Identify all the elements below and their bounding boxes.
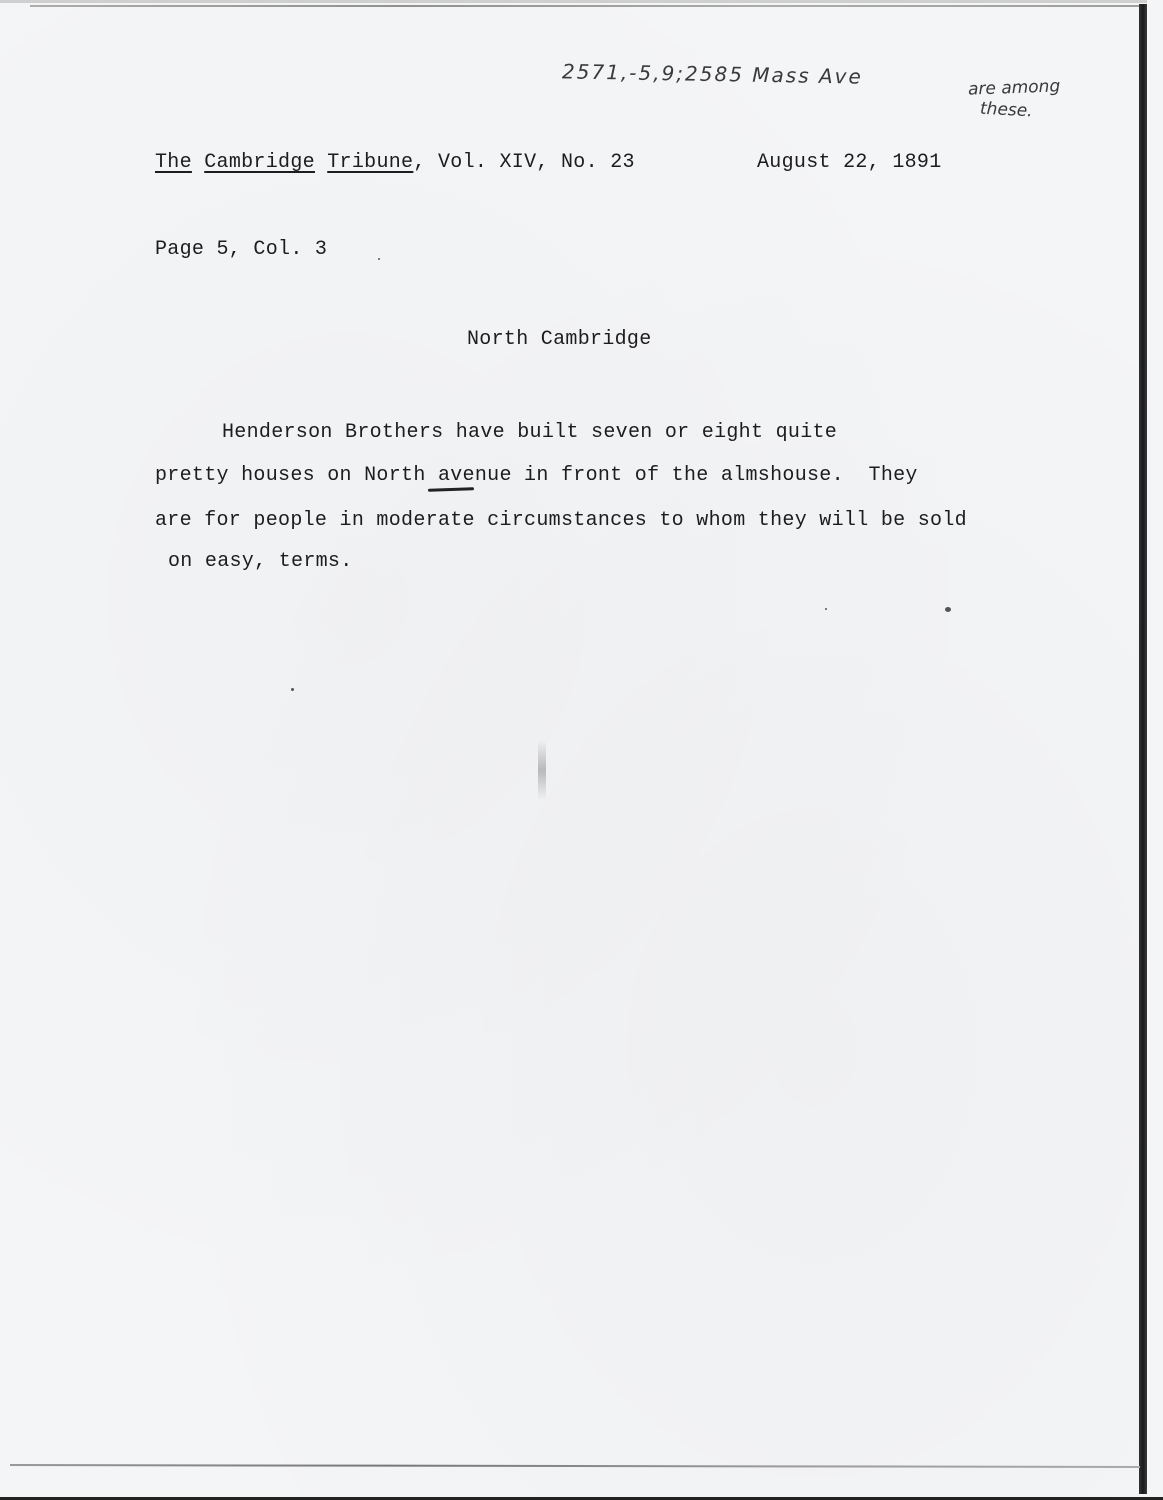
- ink-speck: [945, 607, 951, 612]
- document-page: 2571,-5,9;2585 Mass Ave are among these.…: [0, 0, 1163, 1500]
- pen-underline-mark: [428, 487, 474, 492]
- publication-title-tribune: Tribune: [327, 151, 413, 174]
- publication-citation: The Cambridge Tribune, Vol. XIV, No. 23: [155, 153, 635, 173]
- page-column-reference: Page 5, Col. 3: [155, 240, 327, 260]
- body-line-4: on easy, terms.: [168, 552, 353, 572]
- ink-speck: [825, 608, 827, 610]
- ink-speck: [291, 688, 294, 691]
- body-line-2: pretty houses on North avenue in front o…: [155, 466, 918, 486]
- scan-top-edge: [0, 0, 1163, 3]
- publication-date: August 22, 1891: [757, 153, 942, 173]
- publication-title-the: The: [155, 151, 192, 174]
- publication-title-cambridge: Cambridge: [204, 151, 315, 174]
- scan-right-border: [1139, 4, 1147, 1494]
- handwritten-address-note: 2571,-5,9;2585 Mass Ave: [562, 59, 863, 88]
- paper-bottom-edge: [10, 1464, 1140, 1468]
- ink-speck: [378, 258, 380, 260]
- handwritten-note-line-2: are among: [968, 76, 1061, 99]
- body-line-1: Henderson Brothers have built seven or e…: [222, 423, 837, 443]
- handwritten-note-line-3: these.: [980, 99, 1034, 122]
- body-line-3: are for people in moderate circumstances…: [155, 511, 967, 531]
- paper-top-edge: [30, 5, 1140, 7]
- publication-volume: , Vol. XIV, No. 23: [413, 151, 634, 174]
- scan-smudge: [538, 740, 546, 800]
- scan-right-margin: [1147, 0, 1163, 1500]
- section-heading: North Cambridge: [467, 330, 652, 350]
